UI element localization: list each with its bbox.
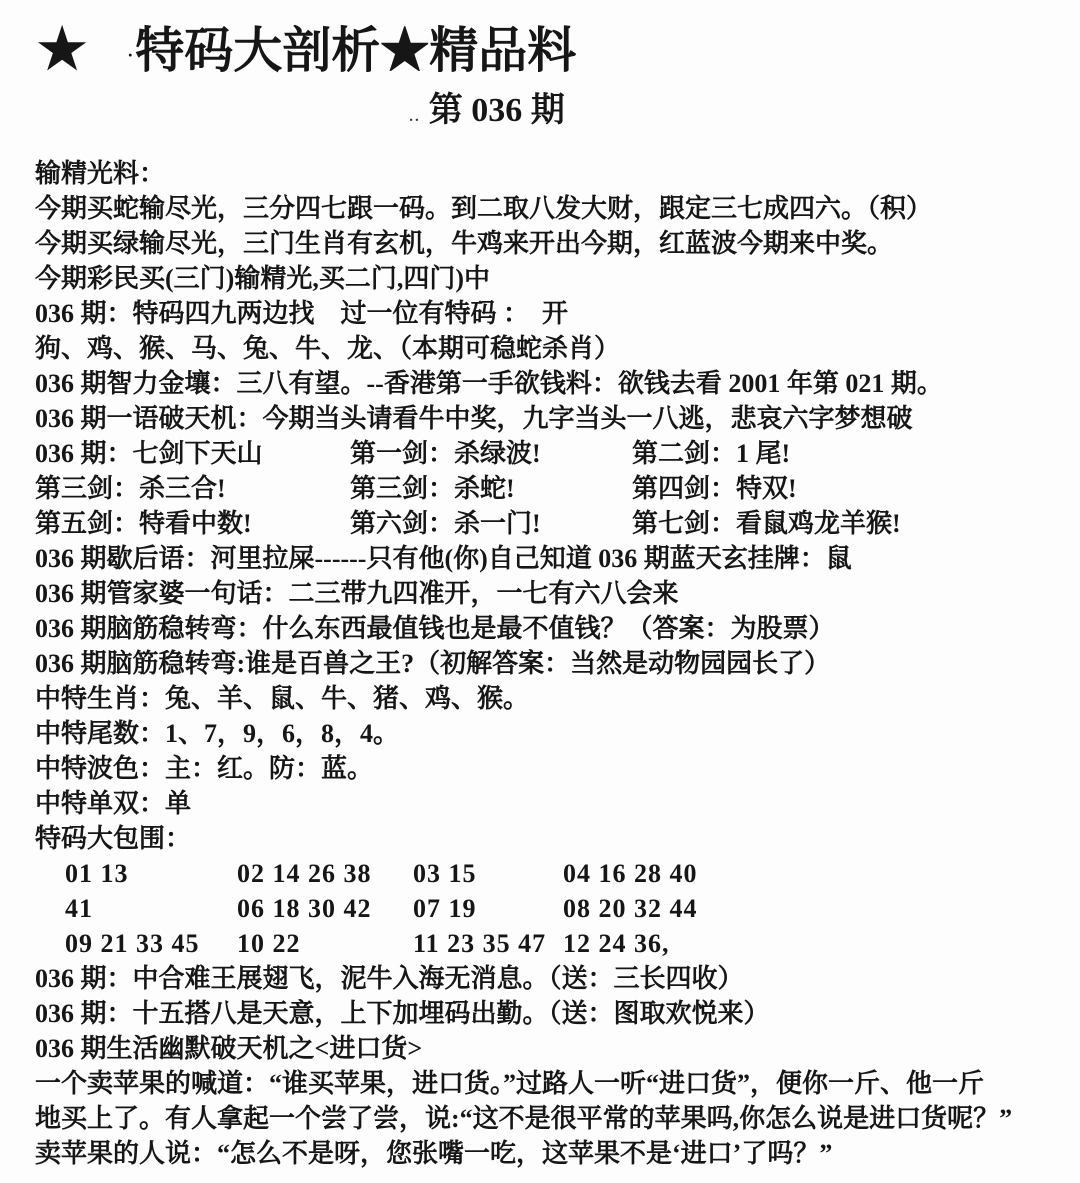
issue-number-row: ..第 036 期 xyxy=(35,92,939,136)
title-row: ★ ·特码大剖析★精品料 xyxy=(35,16,1052,84)
text-line-humor-3: 卖苹果的人说：“怎么不是呀，您张嘴一吃，这苹果不是‘进口’了吗？” xyxy=(35,1136,1052,1171)
sword-cell: 第六剑：杀一门! xyxy=(350,506,632,541)
numbers-cell: 10 22 xyxy=(237,926,413,961)
document-page: ★ ·特码大剖析★精品料 ..第 036 期 输精光料： 今期买蛇输尽光，三分四… xyxy=(0,0,1080,1171)
title-dot: · xyxy=(127,45,133,65)
text-line-zhongte-zodiac: 中特生肖：兔、羊、鼠、牛、猪、鸡、猴。 xyxy=(35,681,1052,716)
numbers-row-1: 01 13 02 14 26 38 03 15 04 16 28 40 xyxy=(35,856,1052,891)
numbers-cell: 06 18 30 42 xyxy=(237,891,413,926)
text-line-verse-1: 036 期：中合难王展翅飞，泥牛入海无消息。（送：三长四收） xyxy=(35,961,1052,996)
swords-row-2: 第三剑：杀三合! 第三剑：杀蛇! 第四剑：特双! xyxy=(35,471,1052,506)
swords-row-1: 036 期：七剑下天山 第一剑：杀绿波! 第二剑：1 尾! xyxy=(35,436,1052,471)
sword-cell: 第三剑：杀三合! xyxy=(35,471,350,506)
text-line-zhongte-color: 中特波色：主：红。防：蓝。 xyxy=(35,751,1052,786)
numbers-cell: 11 23 35 47 xyxy=(413,926,563,961)
text-line-snake-tip: 今期买蛇输尽光，三分四七跟一码。到二取八发大财，跟定三七成四六。（积） xyxy=(35,191,1052,226)
text-line-riddle-1: 036 期脑筋稳转弯：什么东西最值钱也是最不值钱？（答案：为股票） xyxy=(35,611,1052,646)
text-line-verse-2: 036 期：十五搭八是天意，上下加埋码出勤。（送：图取欢悦来） xyxy=(35,996,1052,1031)
numbers-cell: 01 13 xyxy=(65,856,237,891)
numbers-cell: 02 14 26 38 xyxy=(237,856,413,891)
swords-row-3: 第五剑：特看中数! 第六剑：杀一门! 第七剑：看鼠鸡龙羊猴! xyxy=(35,506,1052,541)
text-line-humor-2: 地买上了。有人拿起一个尝了尝，说:“这不是很平常的苹果吗,你怎么说是进口货呢？” xyxy=(35,1101,1052,1136)
numbers-cell: 09 21 33 45 xyxy=(65,926,237,961)
text-line-zodiac-list: 狗、鸡、猴、马、兔、牛、龙、（本期可稳蛇杀肖） xyxy=(35,331,1052,366)
numbers-cell: 41 xyxy=(65,891,237,926)
numbers-cell: 07 19 xyxy=(413,891,563,926)
sword-cell: 第一剑：杀绿波! xyxy=(350,436,632,471)
text-line-zhongte-oddeven: 中特单双：单 xyxy=(35,786,1052,821)
star-icon: ★ xyxy=(37,22,87,78)
text-line-three-doors: 今期彩民买(三门)输精光,买二门,四门)中 xyxy=(35,261,1052,296)
document-body: 输精光料： 今期买蛇输尽光，三分四七跟一码。到二取八发大财，跟定三七成四六。（积… xyxy=(35,156,1052,1171)
text-line-humor-1: 一个卖苹果的喊道：“谁买苹果，进口货。”过路人一听“进口货”，便你一斤、他一斤 xyxy=(35,1066,1052,1101)
text-line-guanjiapo: 036 期管家婆一句话：二三带九四准开，一七有六八会来 xyxy=(35,576,1052,611)
text-line-numbers-label: 特码大包围： xyxy=(35,821,1052,856)
text-line-green-tip: 今期买绿输尽光，三门生肖有玄机，牛鸡来开出今期，红蓝波今期来中奖。 xyxy=(35,226,1052,261)
text-line-xiehouyu: 036 期歇后语：河里拉屎------只有他(你)自己知道 036 期蓝天玄挂牌… xyxy=(35,541,1052,576)
sword-cell: 036 期：七剑下天山 xyxy=(35,436,350,471)
numbers-row-2: 41 06 18 30 42 07 19 08 20 32 44 xyxy=(35,891,1052,926)
issue-dots: .. xyxy=(409,109,421,125)
page-title-text: 特码大剖析★精品料 xyxy=(135,23,576,78)
text-line-special-code-hint: 036 期：特码四九两边找 过一位有特码 ： 开 xyxy=(35,296,1052,331)
issue-number: 第 036 期 xyxy=(429,92,565,129)
text-line-riddle-2: 036 期脑筋稳转弯:谁是百兽之王?（初解答案：当然是动物园园长了） xyxy=(35,646,1052,681)
numbers-cell: 03 15 xyxy=(413,856,563,891)
text-line-intro-label: 输精光料： xyxy=(35,156,1052,191)
numbers-cell: 04 16 28 40 xyxy=(563,856,1052,891)
numbers-cell: 08 20 32 44 xyxy=(563,891,1052,926)
numbers-cell: 12 24 36, xyxy=(563,926,1052,961)
numbers-row-3: 09 21 33 45 10 22 11 23 35 47 12 24 36, xyxy=(35,926,1052,961)
text-line-secret-phrase: 036 期一语破天机：今期当头请看牛中奖，九字当头一八逃，悲哀六字梦想破 xyxy=(35,401,1052,436)
sword-cell: 第三剑：杀蛇! xyxy=(350,471,632,506)
page-title: ·特码大剖析★精品料 xyxy=(127,26,576,75)
sword-cell: 第七剑：看鼠鸡龙羊猴! xyxy=(632,506,1052,541)
sword-cell: 第四剑：特双! xyxy=(632,471,1052,506)
text-line-humor-title: 036 期生活幽默破天机之<进口货> xyxy=(35,1031,1052,1066)
sword-cell: 第二剑：1 尾! xyxy=(632,436,1052,471)
text-line-zhongte-tails: 中特尾数：1、7，9，6，8，4。 xyxy=(35,716,1052,751)
text-line-wisdom-soil: 036 期智力金壤：三八有望。--香港第一手欲钱料：欲钱去看 2001 年第 0… xyxy=(35,366,1052,401)
sword-cell: 第五剑：特看中数! xyxy=(35,506,350,541)
